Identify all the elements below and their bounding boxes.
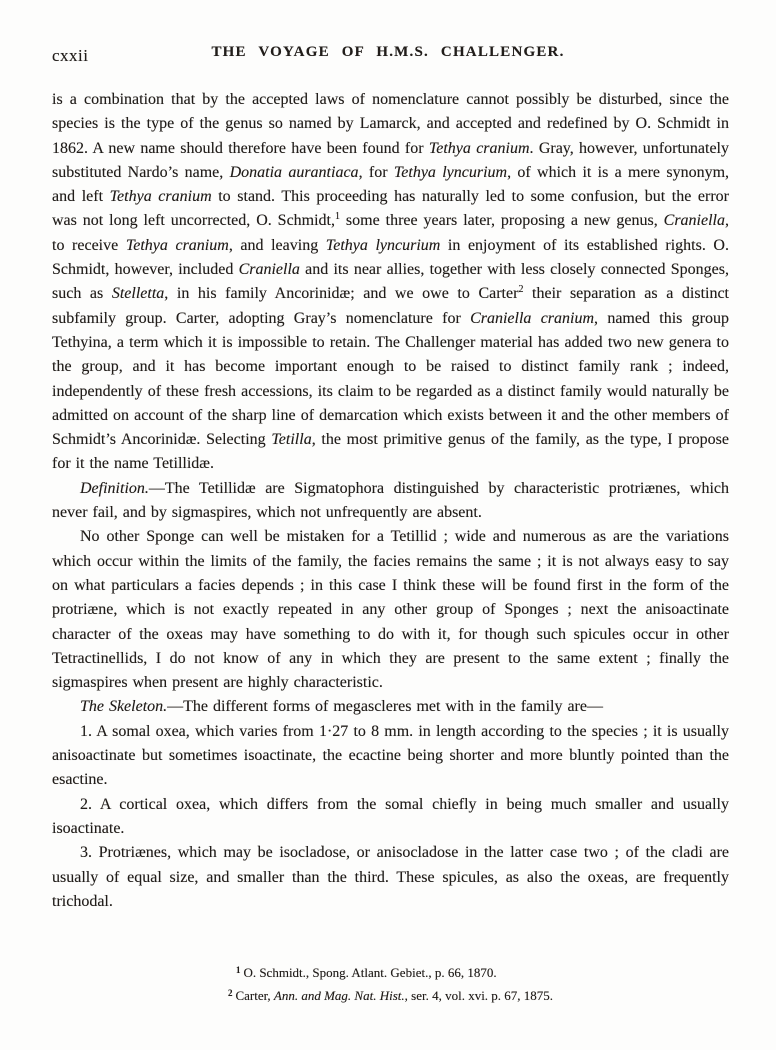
book-page: cxxii THE VOYAGE OF H.M.S. CHALLENGER. i… — [0, 0, 776, 1050]
text-run: some three years later, proposing a new … — [340, 212, 664, 229]
paragraph: 2. A cortical oxea, which differs from t… — [52, 793, 729, 842]
text-run: , in his family Ancorinidæ; and we owe t… — [164, 285, 518, 302]
body-paragraphs: is a combination that by the accepted la… — [52, 88, 729, 940]
paragraph: 1. A somal oxea, which varies from 1·27 … — [52, 720, 729, 793]
paragraph: 3. Protriænes, which may be isocladose, … — [52, 841, 729, 914]
text-run: Craniella cranium — [470, 310, 594, 327]
text-run: Tethya cranium — [126, 237, 229, 254]
text-run: Stelletta — [112, 285, 164, 302]
text-run: Tethya lyncurium — [326, 237, 441, 254]
text-run: O. Schmidt., Spong. Atlant. Gebiet., p. … — [243, 965, 496, 980]
footnote-text: Carter, Ann. and Mag. Nat. Hist., ser. 4… — [235, 988, 553, 1003]
footnote-marker: 2 — [228, 988, 233, 998]
text-run: 3. Protriænes, which may be isocladose, … — [52, 844, 729, 910]
text-run: The Skeleton. — [80, 698, 167, 715]
text-run: Tethya cranium — [110, 188, 212, 205]
paragraph: is a combination that by the accepted la… — [52, 88, 729, 477]
text-run: No other Sponge can well be mistaken for… — [52, 528, 729, 691]
paragraph: Definition.—The Tetillidæ are Sigmatopho… — [52, 477, 729, 526]
text-run: Tethya cranium — [429, 140, 530, 157]
footnotes: 1O. Schmidt., Spong. Atlant. Gebiet., p.… — [228, 962, 553, 1007]
text-run: Tethya lyncurium — [394, 164, 507, 181]
page-header: cxxii THE VOYAGE OF H.M.S. CHALLENGER. — [52, 44, 729, 68]
text-run: Donatia aurantiaca — [230, 164, 359, 181]
footnote-marker: 1 — [236, 965, 241, 975]
text-run: —The different forms of megascleres met … — [167, 698, 603, 715]
footnote-text: O. Schmidt., Spong. Atlant. Gebiet., p. … — [243, 965, 496, 980]
text-run: Craniella — [239, 261, 300, 278]
text-run: Craniella — [664, 212, 725, 229]
text-run: Tetilla — [271, 431, 311, 448]
text-run: , ser. 4, vol. xvi. p. 67, 1875. — [405, 988, 553, 1003]
text-run: 2. A cortical oxea, which differs from t… — [52, 796, 729, 837]
paragraph: No other Sponge can well be mistaken for… — [52, 525, 729, 695]
running-title: THE VOYAGE OF H.M.S. CHALLENGER. — [52, 44, 724, 61]
text-run: —The Tetillidæ are Sigmatophora distingu… — [52, 480, 729, 521]
text-run: 1. A somal oxea, which varies from 1·27 … — [52, 723, 729, 789]
footnote: 2Carter, Ann. and Mag. Nat. Hist., ser. … — [228, 985, 553, 1008]
paragraph: The Skeleton.—The different forms of meg… — [52, 695, 729, 719]
text-run: , named this group Tethyina, a term whic… — [52, 310, 729, 448]
text-run: , for — [359, 164, 394, 181]
text-run: Ann. and Mag. Nat. Hist. — [274, 988, 405, 1003]
text-run: , and leaving — [229, 237, 326, 254]
footnote: 1O. Schmidt., Spong. Atlant. Gebiet., p.… — [228, 962, 553, 985]
text-run: Carter, — [235, 988, 273, 1003]
text-run: Definition. — [80, 480, 149, 497]
